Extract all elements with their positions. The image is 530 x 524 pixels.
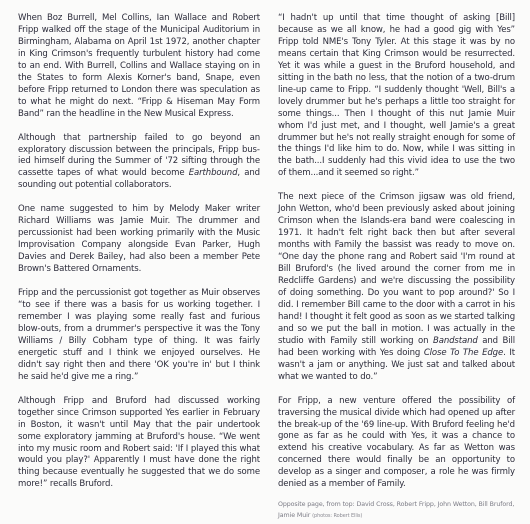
paragraph-6: “I hadn't up until that time thought of … (278, 13, 515, 180)
album-title-bandstand: Bandstand (433, 336, 478, 346)
paragraph-5: Although Fripp and Bruford had discussed… (18, 396, 260, 492)
album-title-earthbound: Earthbound (189, 168, 238, 178)
paragraph-7: The next piece of the Crimson jigsaw was… (278, 192, 515, 383)
right-column: “I hadn't up until that time thought of … (278, 13, 515, 521)
album-title-close-to-the-edge: Close To The Edge (424, 348, 503, 358)
photo-credit: (photos: Robert Ellis) (312, 513, 362, 519)
booklet-page: When Boz Burrell, Mel Collins, Ian Walla… (0, 0, 530, 524)
paragraph-4: Fripp and the percussionist got together… (18, 288, 260, 384)
paragraph-3: One name suggested to him by Melody Make… (18, 204, 260, 276)
paragraph-2: Although that partnership failed to go b… (18, 133, 260, 193)
left-column: When Boz Burrell, Mel Collins, Ian Walla… (18, 13, 260, 491)
paragraph-8: For Fripp, a new venture offered the pos… (278, 396, 515, 492)
paragraph-1: When Boz Burrell, Mel Collins, Ian Walla… (18, 13, 260, 121)
photo-caption: Opposite page, from top: David Cross, Ro… (278, 500, 515, 521)
paragraph-7-text-a: The next piece of the Crimson jigsaw was… (278, 192, 515, 345)
